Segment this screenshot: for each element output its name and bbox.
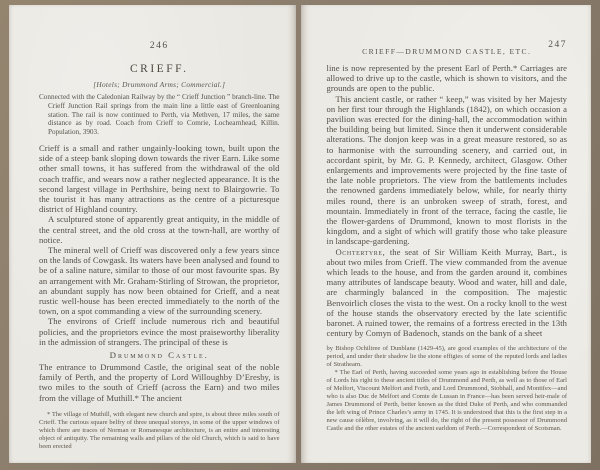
footnote-dunblane-continuation: by Bishop Ochiltree of Dunblane (1429-45… — [327, 345, 568, 369]
railway-intro-note: Connected with the Caledonian Railway by… — [39, 93, 280, 137]
paragraph-sculptured-stone: A sculptured stone of apparently great a… — [39, 214, 280, 245]
page-left: 246 CRIEFF. [Hotels; Drummond Arms; Comm… — [9, 5, 296, 463]
page-right: CRIEFF—DRUMMOND CASTLE, ETC. 247 line is… — [301, 5, 592, 463]
paragraph-crieff-town: Crieff is a small and rather ungainly-lo… — [39, 143, 280, 214]
footnote-block: by Bishop Ochiltree of Dunblane (1429-45… — [327, 345, 568, 433]
running-head: CRIEFF—DRUMMOND CASTLE, ETC. — [362, 47, 531, 56]
chapter-title: CRIEFF. — [39, 63, 280, 75]
page-number-right: 247 — [548, 40, 567, 50]
paragraph-ochtertyre-text: the seat of Sir William Keith Murray, Ba… — [327, 247, 568, 339]
footnote-earl-of-perth: * The Earl of Perth, having succeeded so… — [327, 369, 568, 433]
paragraph-ochtertyre: Ochtertyre, the seat of Sir William Keit… — [327, 247, 568, 339]
paragraph-castle-entrance: The entrance to Drummond Castle, the ori… — [39, 362, 280, 403]
page-number-left: 246 — [39, 41, 280, 51]
hotels-line: [Hotels; Drummond Arms; Commercial.] — [39, 80, 280, 89]
paragraph-earl-of-perth: line is now represented by the present E… — [327, 63, 568, 94]
place-name-ochtertyre: Ochtertyre, — [336, 247, 386, 257]
paragraph-ancient-castle: This ancient castle, or rather “ keep,” … — [327, 94, 568, 247]
section-heading-drummond-castle: Drummond Castle. — [39, 350, 280, 360]
footnote-muthill: * The village of Muthill, with elegant n… — [39, 411, 280, 451]
running-head-row: CRIEFF—DRUMMOND CASTLE, ETC. 247 — [327, 41, 568, 53]
book-scan: 246 CRIEFF. [Hotels; Drummond Arms; Comm… — [0, 0, 600, 470]
paragraph-environs: The environs of Crieff include numerous … — [39, 316, 280, 347]
paragraph-mineral-well: The mineral well of Crieff was discovere… — [39, 245, 280, 316]
